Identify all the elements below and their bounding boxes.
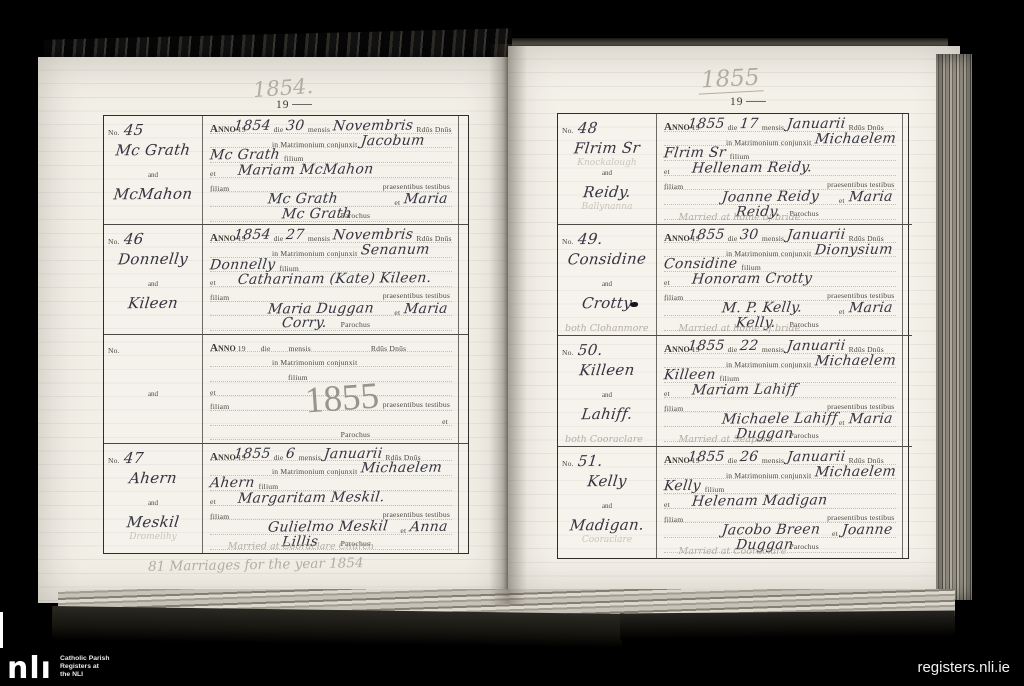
margin-column — [902, 225, 912, 335]
margin-column — [902, 336, 912, 446]
page-number-right: 19 — [730, 96, 766, 108]
testibus-label: praesentibus testibus — [383, 291, 450, 300]
index-surname-groom: Kelly — [557, 471, 657, 491]
bride-name: Honoram Crotty — [691, 270, 813, 287]
et-label: et — [664, 278, 670, 287]
names-column: No. 49. Considine and Crotty — [558, 225, 657, 335]
et-label: et — [664, 167, 670, 176]
et-label: et — [210, 497, 216, 506]
month-value: Novembris — [332, 118, 414, 135]
et-label: et — [839, 307, 845, 316]
entry-body: Anno191855die22mensisJanuariiRdūs Dnūs i… — [657, 336, 902, 446]
index-surname-bride: Meskil — [103, 512, 203, 532]
entry-body: Anno191855die17mensisJanuariiRdūs Dnūs i… — [657, 114, 902, 224]
entry-number: 48 — [577, 119, 599, 137]
filiam-label: filiam — [664, 293, 683, 302]
et-label: et — [664, 389, 670, 398]
entry-body: Anno191855die6mensisJanuariiRdūs Dnūs in… — [203, 444, 458, 553]
filiam-label: filiam — [664, 404, 683, 413]
rdus-dnus-label: Rdūs Dnūs — [371, 344, 406, 353]
register-entry-47: No. 47 Ahern and Meskil Dromelihy Anno19… — [104, 444, 468, 553]
index-surname-groom: Killeen — [557, 360, 657, 380]
groom-first-name: Michaelem — [360, 460, 443, 477]
month-value: Januarii — [786, 449, 846, 466]
no-label: No. — [108, 456, 120, 465]
entry-body: Anno191855die26mensisJanuariiRdūs Dnūs i… — [657, 447, 902, 558]
et-label: et — [394, 198, 400, 207]
townland-note: Cooraclare — [558, 535, 656, 545]
mensis-label: mensis — [762, 456, 784, 465]
et-label: et — [210, 388, 216, 397]
conjunxit-label: in Matrimonium conjunxit — [726, 249, 811, 258]
testibus-label: praesentibus testibus — [383, 510, 450, 519]
die-label: die — [728, 456, 738, 465]
mensis-label: mensis — [762, 234, 784, 243]
and-label: and — [558, 391, 656, 400]
groom-surname: Considine — [663, 256, 738, 273]
names-column: No. 50. Killeen and Lahiff. — [558, 336, 657, 446]
testibus-label: praesentibus testibus — [383, 400, 450, 409]
and-label: and — [558, 280, 656, 289]
names-column: No. 47 Ahern and Meskil Dromelihy — [104, 444, 203, 553]
die-label: die — [274, 453, 284, 462]
day-value: 26 — [740, 449, 760, 465]
printed-year: 19 — [238, 344, 246, 353]
register-table-left: No. 45 Mc Grath and McMahon Anno191854di… — [103, 115, 469, 554]
townland-note — [104, 313, 202, 323]
entry-body: Anno191854die30mensisNovembrisRdūs Dnūs … — [203, 116, 458, 224]
page-number-dash — [292, 104, 312, 105]
day-value: 22 — [740, 338, 760, 354]
et-label: et — [394, 308, 400, 317]
groom-first-name: Michaelem — [814, 463, 897, 480]
conjunxit-label: in Matrimonium conjunxit — [272, 358, 357, 367]
conjunxit-label: in Matrimonium conjunxit — [272, 467, 357, 476]
groom-surname: Kelly — [663, 478, 702, 494]
conjunxit-label: in Matrimonium conjunxit — [726, 138, 811, 147]
index-surname-groom: Considine — [557, 249, 657, 269]
groom-surname: Donnelly — [209, 256, 276, 273]
entry-number: 45 — [123, 121, 145, 139]
testibus-label: praesentibus testibus — [383, 182, 450, 191]
margin-column — [458, 444, 468, 553]
die-label: die — [274, 125, 284, 134]
index-surname-bride: Reidy. — [557, 182, 657, 202]
names-column: No. 45 Mc Grath and McMahon — [104, 116, 203, 224]
witness-2: Maria — [848, 300, 894, 316]
entry-body: Anno191854die27mensisNovembrisRdūs Dnūs … — [203, 225, 458, 333]
margin-column — [902, 114, 912, 224]
die-label: die — [728, 345, 738, 354]
names-column: No. 51. Kelly and Madigan. Cooraclare — [558, 447, 657, 558]
townland-note — [558, 269, 656, 279]
groom-first-name: Michaelem — [814, 130, 897, 147]
register-entry-46: No. 46 Donnelly and Kileen Anno191854die… — [104, 225, 468, 334]
testibus-label: praesentibus testibus — [827, 402, 894, 411]
register-entry-49: No. 49. Considine and Crotty Anno191855d… — [558, 225, 912, 336]
mensis-label: mensis — [308, 234, 330, 243]
index-surname-bride: Crotty — [557, 293, 657, 313]
mensis-label: mensis — [762, 123, 784, 132]
die-label: die — [261, 344, 271, 353]
filiam-label: filiam — [210, 293, 229, 302]
month-value: Januarii — [786, 338, 846, 355]
page-stack-shadow-bottom-right — [620, 611, 955, 640]
et-label: et — [210, 278, 216, 287]
day-value: 17 — [740, 116, 760, 132]
names-column: No. 48 Flrim Sr Knockalough and Reidy. B… — [558, 114, 657, 224]
day-value: 30 — [286, 118, 306, 134]
conjunxit-label: in Matrimonium conjunxit — [272, 249, 357, 258]
et-label: et — [839, 196, 845, 205]
nli-caption: Catholic Parish Registers at the NLI — [60, 655, 109, 679]
testibus-label: praesentibus testibus — [827, 180, 894, 189]
et-label: et — [839, 418, 845, 427]
entry-number: 46 — [123, 230, 145, 248]
register-entry-blank: No. and Anno19diemensisRdūs Dnūs in Matr… — [104, 335, 468, 444]
testibus-label: praesentibus testibus — [827, 513, 894, 522]
index-surname-groom: Flrim Sr — [557, 138, 657, 158]
mensis-label: mensis — [299, 453, 321, 462]
no-label: No. — [562, 126, 574, 135]
day-value: 27 — [286, 227, 306, 243]
witness-2: Maria — [403, 300, 449, 316]
filiam-label: filiam — [210, 184, 229, 193]
day-value: 6 — [286, 446, 297, 462]
bride-name: Hellenam Reidy. — [691, 159, 813, 176]
page-number-left: 19 — [276, 99, 312, 111]
mensis-label: mensis — [289, 344, 311, 353]
index-surname-bride: Madigan. — [557, 515, 657, 535]
parochus-label: Parochus — [341, 320, 370, 329]
year-value: 1855 — [687, 449, 726, 465]
mensis-label: mensis — [762, 345, 784, 354]
mensis-label: mensis — [308, 125, 330, 134]
entry-number: 50. — [577, 341, 604, 359]
index-surname-bride: Kileen — [103, 294, 203, 314]
residence-note: both Clohanmore — [565, 323, 649, 334]
year-value: 1855 — [233, 446, 272, 462]
marriage-place-note: Married at home of bride — [679, 212, 801, 223]
register-entry-51: No. 51. Kelly and Madigan. Cooraclare An… — [558, 447, 912, 558]
witness-2: Joanne — [841, 522, 893, 539]
filiam-label: filiam — [210, 512, 229, 521]
margin-column — [902, 447, 912, 558]
nli-logo-bar — [0, 612, 3, 648]
townland-note — [104, 488, 202, 498]
and-label: and — [104, 171, 202, 180]
and-label: and — [104, 280, 202, 289]
groom-first-name: Jacobum — [360, 132, 425, 149]
entry-number: 51. — [577, 452, 604, 470]
die-label: die — [274, 234, 284, 243]
register-scan-viewer: 1854. 19 1855 19 No. 45 Mc Grath and McM… — [0, 0, 1024, 686]
marriage-place-note: Married at home of bride — [679, 323, 801, 334]
filiam-label: filiam — [664, 182, 683, 191]
townland-note: Knockalough — [558, 158, 656, 168]
conjunxit-label: in Matrimonium conjunxit — [726, 471, 811, 480]
residence-note: both Cooraclare — [565, 434, 643, 445]
index-surname-groom: Mc Grath — [103, 140, 203, 160]
witness-2: Maria — [848, 411, 894, 427]
nli-logo: nlı — [7, 654, 52, 684]
year-value: 1855 — [687, 116, 726, 132]
month-value: Januarii — [786, 116, 846, 133]
filiam-label: filiam — [210, 402, 229, 411]
et-label: et — [832, 529, 838, 538]
nli-branding: nlı Catholic Parish Registers at the NLI — [0, 612, 150, 686]
margin-column — [458, 225, 468, 333]
townland-note: Ballynanna — [558, 202, 656, 212]
and-label: and — [558, 502, 656, 511]
no-label: No. — [108, 346, 120, 355]
groom-surname: Mc Grath — [209, 147, 281, 164]
page-number-dash — [746, 101, 766, 102]
marriage-place-note: Married at Seapark — [679, 434, 774, 445]
index-surname-bride: McMahon — [103, 184, 203, 204]
year-value: 1854 — [233, 227, 272, 243]
names-column: No. 46 Donnelly and Kileen — [104, 225, 203, 333]
margin-column — [458, 116, 468, 224]
site-watermark: registers.nli.ie — [917, 659, 1010, 676]
margin-column — [458, 335, 468, 443]
index-surname-bride: Lahiff. — [557, 404, 657, 424]
groom-surname: Flrim Sr — [663, 145, 727, 162]
register-entry-50: No. 50. Killeen and Lahiff. Anno191855di… — [558, 336, 912, 447]
townland-note — [104, 269, 202, 279]
year-value: 1855 — [687, 338, 726, 354]
witness-1-line2: Corry. — [281, 315, 328, 331]
entry-body: Anno191855die30mensisJanuariiRdūs Dnūs i… — [657, 225, 902, 335]
register-entry-45: No. 45 Mc Grath and McMahon Anno191854di… — [104, 116, 468, 225]
month-value: Januarii — [786, 227, 846, 244]
bride-name: Mariam McMahon — [237, 161, 374, 178]
filiam-label: filiam — [664, 515, 683, 524]
bride-name: Mariam Lahiff — [691, 382, 798, 399]
no-label: No. — [108, 128, 120, 137]
bride-name: Catharinam (Kate) Kileen. — [237, 270, 432, 288]
no-label: No. — [562, 348, 574, 357]
bride-name: Margaritam Meskil. — [237, 489, 386, 507]
register-table-right: No. 48 Flrim Sr Knockalough and Reidy. B… — [557, 113, 909, 559]
entry-body: Anno19diemensisRdūs Dnūs in Matrimonium … — [203, 335, 458, 443]
conjunxit-label: in Matrimonium conjunxit — [272, 140, 357, 149]
witness-2: Anna — [409, 519, 449, 535]
names-column: No. and — [104, 335, 203, 443]
index-surname-groom: Ahern — [103, 468, 203, 488]
groom-surname: Killeen — [663, 367, 716, 384]
page-stack-edge-right — [936, 54, 972, 600]
et-label: et — [442, 417, 448, 426]
groom-first-name: Dionysium — [814, 241, 894, 258]
year-annotation-right: 1855 — [697, 64, 763, 94]
no-label: No. — [108, 237, 120, 246]
die-label: die — [728, 123, 738, 132]
ink-blot — [630, 302, 638, 307]
marriage-place-note: Married at Cooraclare Church — [228, 541, 374, 552]
and-label: and — [558, 169, 656, 178]
entry-number: 47 — [123, 449, 145, 467]
witness-2: Maria — [848, 189, 894, 205]
witness-2: Maria — [403, 191, 449, 207]
index-surname-groom: Donnelly — [103, 250, 203, 270]
groom-first-name: Michaelem — [814, 352, 897, 369]
year-annotation-left: 1854. — [252, 74, 314, 102]
townland-note — [558, 424, 656, 434]
new-year-annotation: 1855 — [304, 374, 381, 422]
no-label: No. — [562, 459, 574, 468]
die-label: die — [728, 234, 738, 243]
et-label: et — [210, 169, 216, 178]
and-label: and — [104, 390, 202, 399]
townland-note — [104, 160, 202, 170]
bride-name: Helenam Madigan — [691, 492, 828, 509]
groom-first-name: Senanum — [360, 242, 431, 259]
townland-note — [558, 491, 656, 501]
and-label: and — [104, 499, 202, 508]
groom-surname: Ahern — [209, 475, 255, 491]
conjunxit-label: in Matrimonium conjunxit — [726, 360, 811, 369]
entry-number: 49. — [577, 230, 604, 248]
year-value: 1854 — [233, 118, 272, 134]
parochus-label: Parochus — [341, 430, 370, 439]
townland-note — [558, 380, 656, 390]
marriage-place-note: Married at Cooraclare — [679, 546, 787, 557]
day-value: 30 — [740, 227, 760, 243]
register-entry-48: No. 48 Flrim Sr Knockalough and Reidy. B… — [558, 114, 912, 225]
no-label: No. — [562, 237, 574, 246]
year-value: 1855 — [687, 227, 726, 243]
testibus-label: praesentibus testibus — [827, 291, 894, 300]
et-label: et — [400, 526, 406, 535]
et-label: et — [664, 500, 670, 509]
